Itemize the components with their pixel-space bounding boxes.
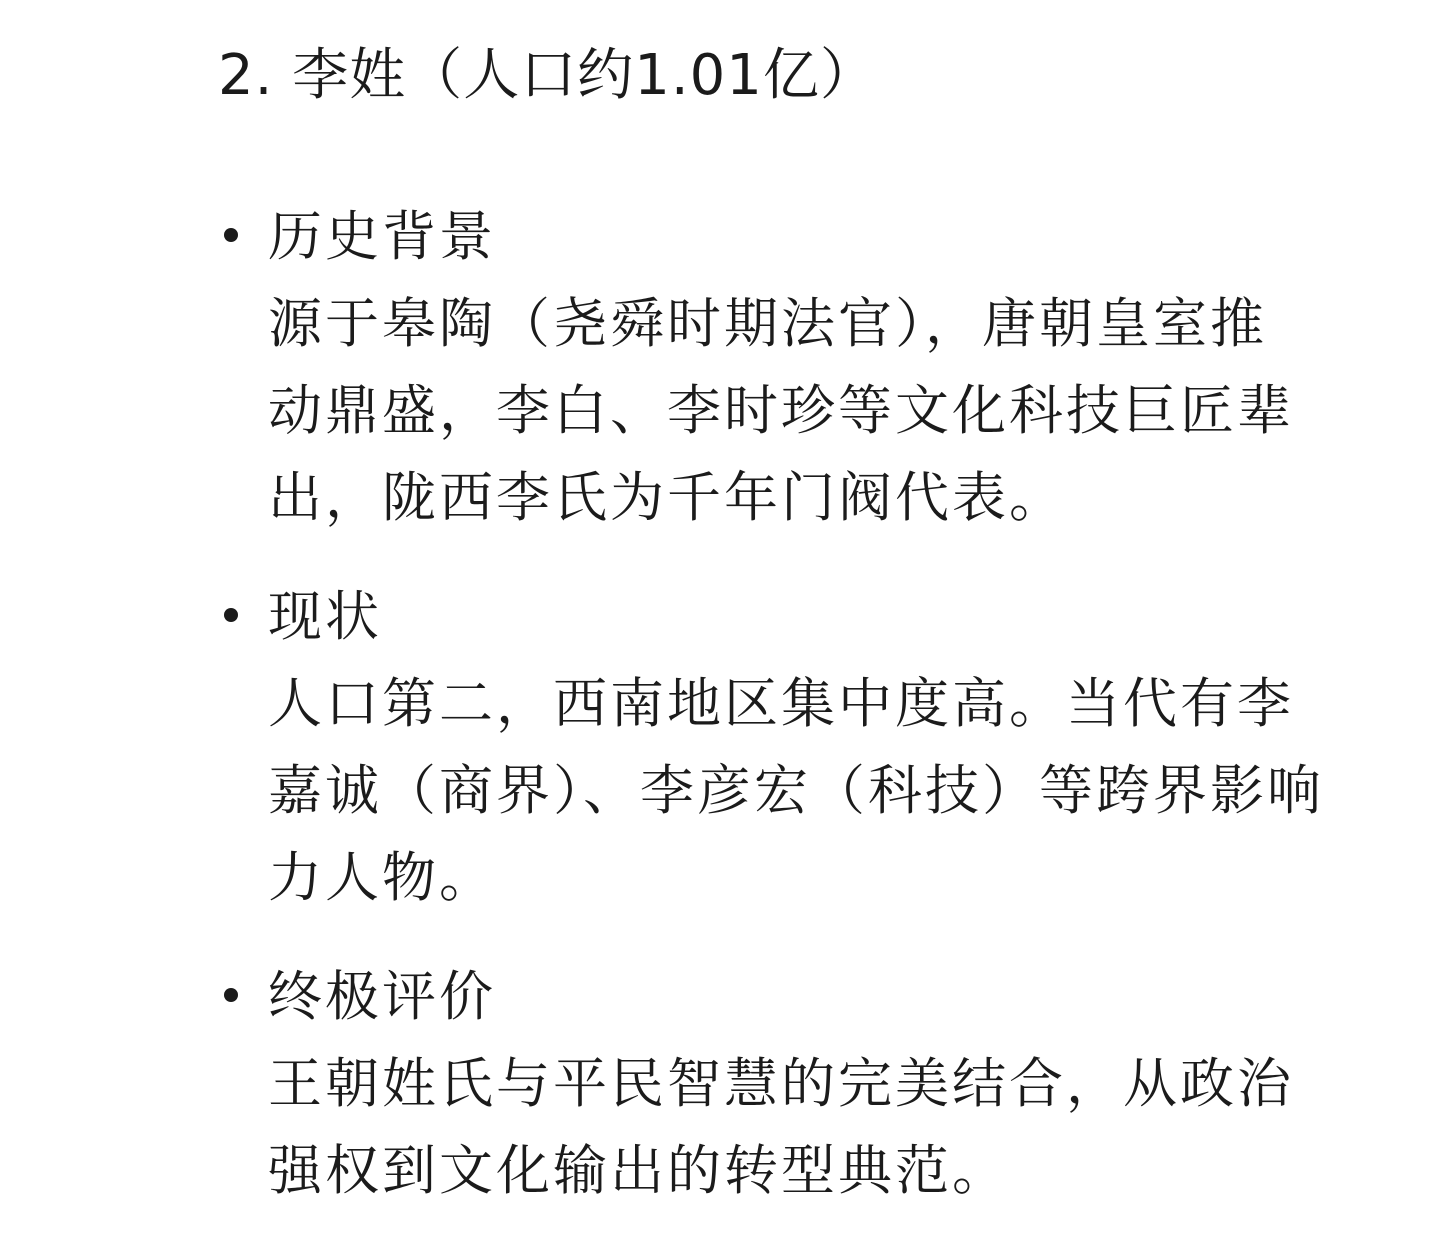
item-body: 人口第二，西南地区集中度高。当代有李 嘉诚（商界）、李彦宏（科技）等跨界影响 力…: [268, 660, 1324, 921]
bullet-icon: [224, 988, 238, 1002]
bullet-icon: [224, 228, 238, 242]
body-line: 嘉诚（商界）、李彦宏（科技）等跨界影响: [268, 747, 1324, 834]
body-line: 出，陇西李氏为千年门阀代表。: [268, 454, 1294, 541]
item-body: 王朝姓氏与平民智慧的完美结合，从政治 强权到文化输出的转型典范。: [268, 1040, 1294, 1214]
item-label: 终极评价: [268, 953, 496, 1040]
body-line: 人口第二，西南地区集中度高。当代有李: [268, 660, 1324, 747]
body-line: 力人物。: [268, 834, 1324, 921]
body-line: 王朝姓氏与平民智慧的完美结合，从政治: [268, 1040, 1294, 1127]
item-label: 现状: [268, 573, 382, 660]
body-line: 强权到文化输出的转型典范。: [268, 1127, 1294, 1214]
body-line: 源于皋陶（尧舜时期法官），唐朝皇室推: [268, 280, 1294, 367]
body-line: 动鼎盛，李白、李时珍等文化科技巨匠辈: [268, 367, 1294, 454]
item-body: 源于皋陶（尧舜时期法官），唐朝皇室推 动鼎盛，李白、李时珍等文化科技巨匠辈 出，…: [268, 280, 1294, 541]
bullet-icon: [224, 608, 238, 622]
item-label: 历史背景: [268, 193, 496, 280]
section-heading: 2. 李姓（人口约1.01亿）: [218, 36, 877, 116]
